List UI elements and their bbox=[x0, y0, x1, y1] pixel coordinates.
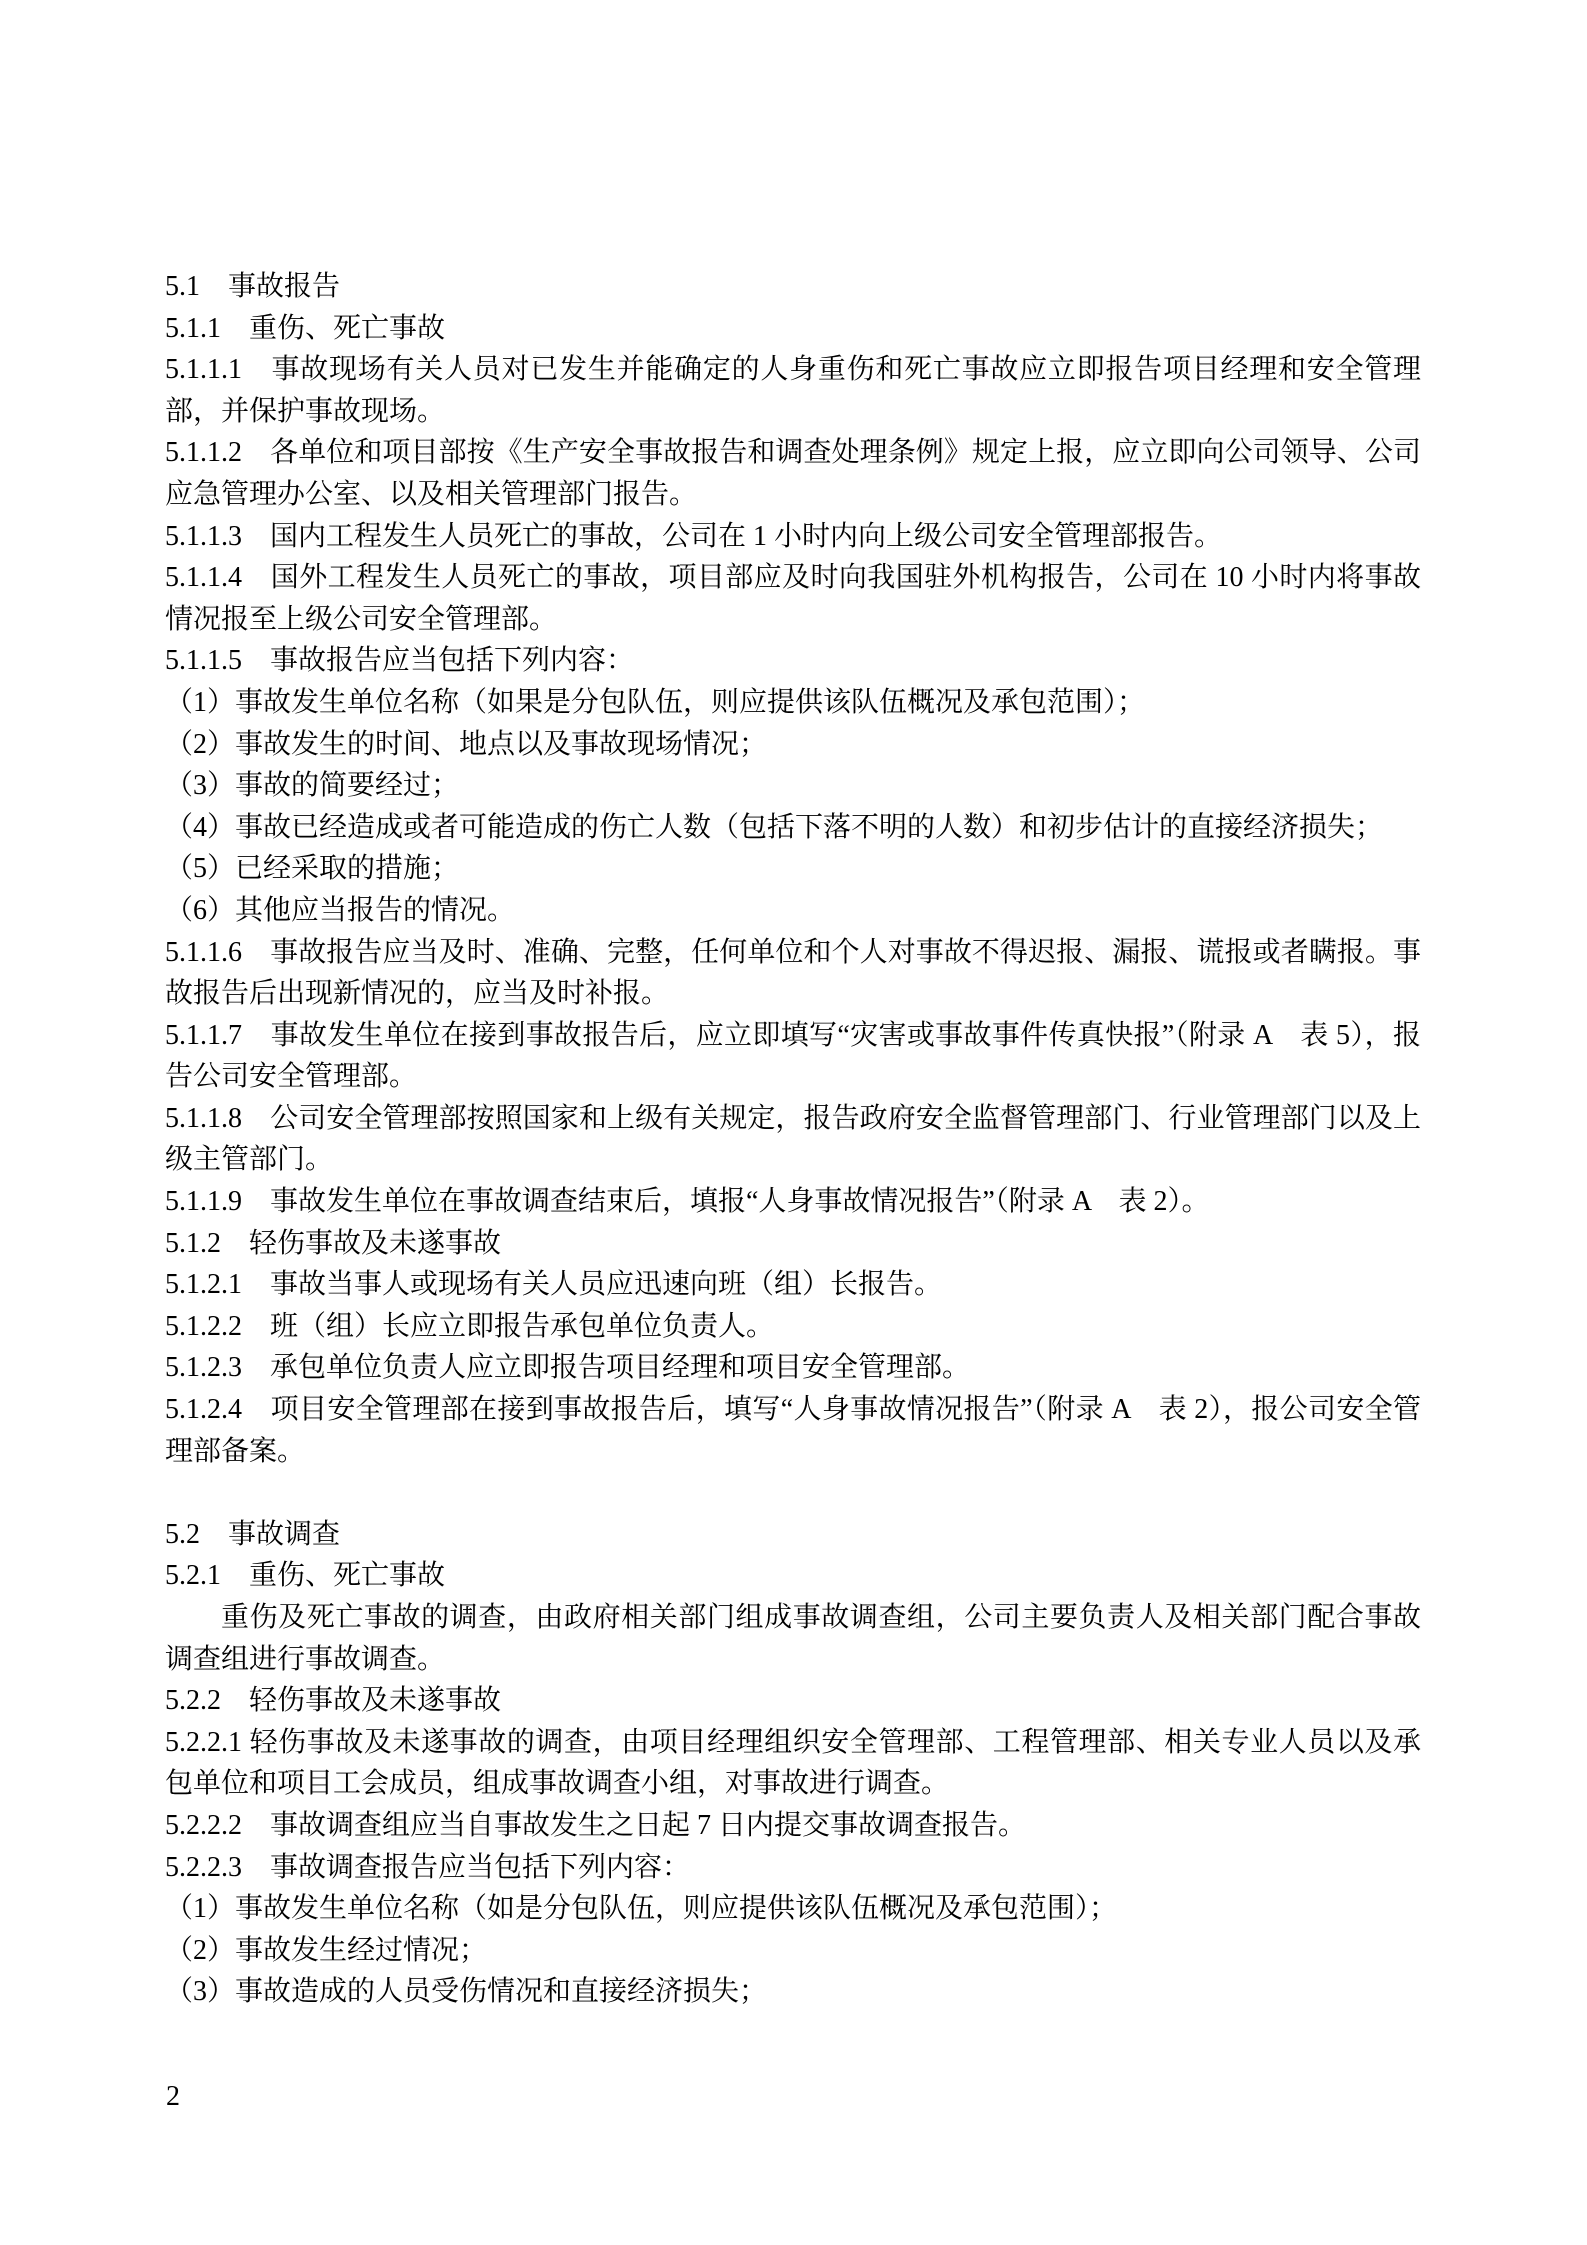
document-page: 5.1 事故报告5.1.1 重伤、死亡事故5.1.1.1 事故现场有关人员对已发… bbox=[0, 0, 1587, 2245]
paragraph: 5.1.1.4 国外工程发生人员死亡的事故，项目部应及时向我国驻外机构报告，公司… bbox=[165, 557, 1421, 640]
paragraph: 5.1.1.2 各单位和项目部按《生产安全事故报告和调查处理条例》规定上报，应立… bbox=[165, 432, 1421, 515]
paragraph: 5.1 事故报告 bbox=[165, 266, 1421, 308]
paragraph: 5.2 事故调查 bbox=[165, 1514, 1421, 1556]
paragraph: （4）事故已经造成或者可能造成的伤亡人数（包括下落不明的人数）和初步估计的直接经… bbox=[165, 807, 1421, 849]
paragraph: 5.1.2.4 项目安全管理部在接到事故报告后，填写“人身事故情况报告”（附录 … bbox=[165, 1389, 1421, 1472]
paragraph: （1）事故发生单位名称（如果是分包队伍，则应提供该队伍概况及承包范围）； bbox=[165, 682, 1421, 724]
paragraph: 5.1.1.8 公司安全管理部按照国家和上级有关规定，报告政府安全监督管理部门、… bbox=[165, 1098, 1421, 1181]
paragraph: 5.1.2.2 班（组）长应立即报告承包单位负责人。 bbox=[165, 1306, 1421, 1348]
page-number: 2 bbox=[166, 2080, 180, 2114]
paragraph: 5.1.2 轻伤事故及未遂事故 bbox=[165, 1223, 1421, 1265]
paragraph: 重伤及死亡事故的调查，由政府相关部门组成事故调查组，公司主要负责人及相关部门配合… bbox=[165, 1597, 1421, 1680]
paragraph: （5）已经采取的措施； bbox=[165, 848, 1421, 890]
paragraph: 5.1.1.1 事故现场有关人员对已发生并能确定的人身重伤和死亡事故应立即报告项… bbox=[165, 349, 1421, 432]
paragraph: 5.1.1.7 事故发生单位在接到事故报告后，应立即填写“灾害或事故事件传真快报… bbox=[165, 1015, 1421, 1098]
document-body: 5.1 事故报告5.1.1 重伤、死亡事故5.1.1.1 事故现场有关人员对已发… bbox=[165, 266, 1421, 2013]
blank-line bbox=[165, 1472, 1421, 1514]
paragraph: 5.1.1.6 事故报告应当及时、准确、完整，任何单位和个人对事故不得迟报、漏报… bbox=[165, 932, 1421, 1015]
paragraph: 5.2.1 重伤、死亡事故 bbox=[165, 1555, 1421, 1597]
paragraph: （3）事故的简要经过； bbox=[165, 765, 1421, 807]
paragraph: 5.2.2 轻伤事故及未遂事故 bbox=[165, 1680, 1421, 1722]
paragraph: （6）其他应当报告的情况。 bbox=[165, 890, 1421, 932]
paragraph: 5.1.1.5 事故报告应当包括下列内容： bbox=[165, 640, 1421, 682]
paragraph: 5.1.1.3 国内工程发生人员死亡的事故，公司在 1 小时内向上级公司安全管理… bbox=[165, 516, 1421, 558]
paragraph: 5.1.1.9 事故发生单位在事故调查结束后，填报“人身事故情况报告”（附录 A… bbox=[165, 1181, 1421, 1223]
paragraph: 5.2.2.1 轻伤事故及未遂事故的调查，由项目经理组织安全管理部、工程管理部、… bbox=[165, 1722, 1421, 1805]
paragraph: （2）事故发生经过情况； bbox=[165, 1930, 1421, 1972]
paragraph: 5.1.2.3 承包单位负责人应立即报告项目经理和项目安全管理部。 bbox=[165, 1347, 1421, 1389]
paragraph: 5.1.1 重伤、死亡事故 bbox=[165, 308, 1421, 350]
paragraph: （1）事故发生单位名称（如是分包队伍，则应提供该队伍概况及承包范围）； bbox=[165, 1888, 1421, 1930]
paragraph: 5.1.2.1 事故当事人或现场有关人员应迅速向班（组）长报告。 bbox=[165, 1264, 1421, 1306]
paragraph: 5.2.2.2 事故调查组应当自事故发生之日起 7 日内提交事故调查报告。 bbox=[165, 1805, 1421, 1847]
paragraph: （2）事故发生的时间、地点以及事故现场情况； bbox=[165, 724, 1421, 766]
paragraph: （3）事故造成的人员受伤情况和直接经济损失； bbox=[165, 1971, 1421, 2013]
paragraph: 5.2.2.3 事故调查报告应当包括下列内容： bbox=[165, 1847, 1421, 1889]
